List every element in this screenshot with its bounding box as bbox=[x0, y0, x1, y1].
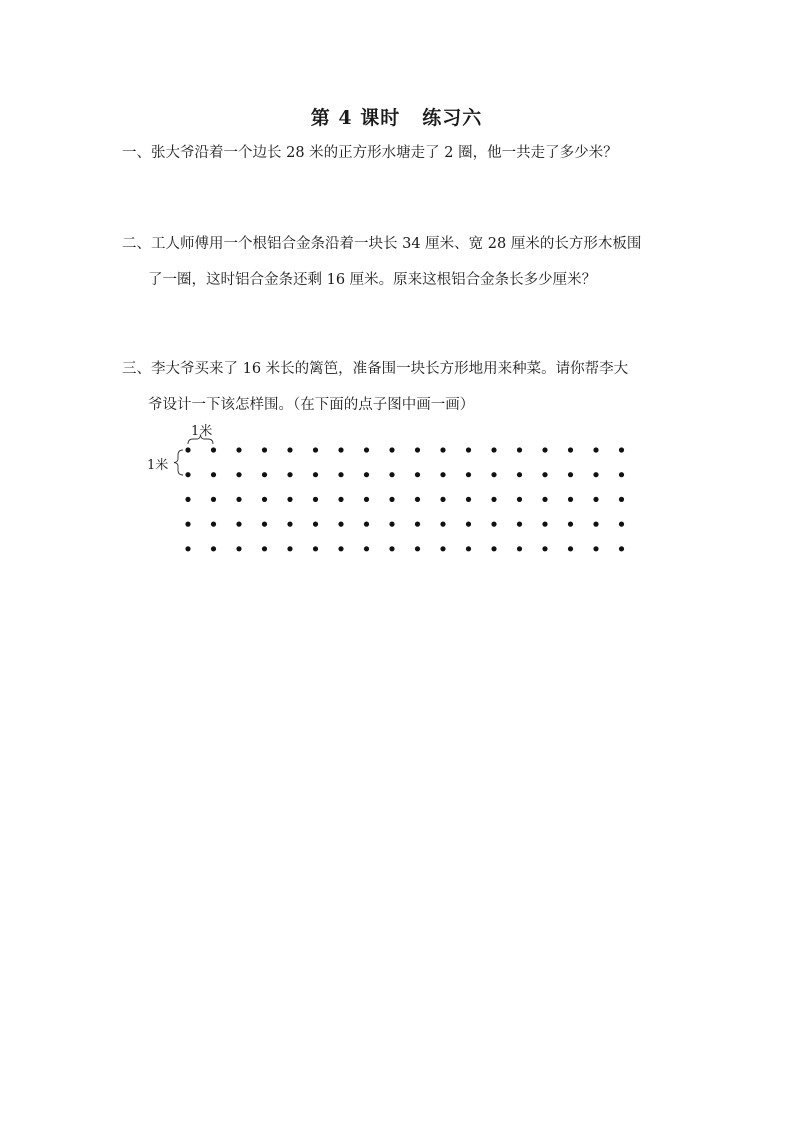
dots bbox=[185, 447, 624, 551]
grid-dot bbox=[619, 472, 624, 477]
grid-dot bbox=[440, 472, 445, 477]
grid-dot bbox=[415, 522, 420, 527]
grid-dot bbox=[313, 497, 318, 502]
grid-dot bbox=[491, 472, 496, 477]
grid-dot bbox=[491, 447, 496, 452]
grid-dot bbox=[593, 497, 598, 502]
grid-dot bbox=[466, 497, 471, 502]
grid-dot bbox=[415, 472, 420, 477]
grid-dot bbox=[185, 497, 190, 502]
dot-grid[interactable] bbox=[0, 0, 793, 1122]
grid-dot bbox=[542, 497, 547, 502]
grid-dot bbox=[491, 546, 496, 551]
grid-dot bbox=[568, 546, 573, 551]
grid-dot bbox=[593, 447, 598, 452]
grid-dot bbox=[389, 447, 394, 452]
grid-dot bbox=[211, 497, 216, 502]
grid-dot bbox=[517, 497, 522, 502]
grid-dot bbox=[236, 472, 241, 477]
grid-dot bbox=[338, 472, 343, 477]
grid-dot bbox=[415, 546, 420, 551]
grid-dot bbox=[313, 522, 318, 527]
grid-dot bbox=[262, 497, 267, 502]
grid-dot bbox=[517, 472, 522, 477]
grid-dot bbox=[389, 497, 394, 502]
grid-dot bbox=[211, 522, 216, 527]
grid-dot bbox=[415, 497, 420, 502]
grid-dot bbox=[619, 497, 624, 502]
grid-dot bbox=[517, 447, 522, 452]
grid-dot bbox=[440, 497, 445, 502]
grid-dot bbox=[568, 472, 573, 477]
grid-dot bbox=[440, 447, 445, 452]
grid-dot bbox=[236, 497, 241, 502]
grid-dot bbox=[211, 447, 216, 452]
grid-dot bbox=[542, 472, 547, 477]
grid-dot bbox=[593, 546, 598, 551]
grid-dot bbox=[415, 447, 420, 452]
grid-dot bbox=[338, 447, 343, 452]
grid-dot bbox=[466, 472, 471, 477]
grid-dot bbox=[185, 472, 190, 477]
grid-dot bbox=[262, 472, 267, 477]
grid-dot bbox=[542, 546, 547, 551]
grid-dot bbox=[542, 447, 547, 452]
grid-dot bbox=[364, 497, 369, 502]
grid-dot bbox=[466, 447, 471, 452]
grid-dot bbox=[491, 497, 496, 502]
grid-dot bbox=[440, 546, 445, 551]
grid-dot bbox=[287, 546, 292, 551]
grid-dot bbox=[517, 546, 522, 551]
grid-dot bbox=[517, 522, 522, 527]
grid-dot bbox=[262, 447, 267, 452]
grid-dot bbox=[287, 522, 292, 527]
grid-dot bbox=[338, 546, 343, 551]
grid-dot bbox=[262, 522, 267, 527]
grid-dot bbox=[185, 447, 190, 452]
grid-dot bbox=[389, 522, 394, 527]
grid-dot bbox=[236, 447, 241, 452]
grid-dot bbox=[619, 546, 624, 551]
grid-dot bbox=[593, 472, 598, 477]
grid-dot bbox=[389, 546, 394, 551]
grid-dot bbox=[211, 472, 216, 477]
grid-dot bbox=[364, 546, 369, 551]
grid-dot bbox=[568, 447, 573, 452]
grid-dot bbox=[364, 522, 369, 527]
grid-dot bbox=[568, 497, 573, 502]
grid-dot bbox=[593, 522, 598, 527]
grid-dot bbox=[440, 522, 445, 527]
grid-dot bbox=[287, 497, 292, 502]
grid-dot bbox=[236, 522, 241, 527]
grid-dot bbox=[287, 447, 292, 452]
vertical-brace-icon bbox=[174, 450, 183, 475]
grid-dot bbox=[338, 522, 343, 527]
grid-dot bbox=[287, 472, 292, 477]
grid-dot bbox=[185, 522, 190, 527]
grid-dot bbox=[466, 546, 471, 551]
horizontal-brace-icon bbox=[188, 435, 213, 444]
grid-dot bbox=[364, 472, 369, 477]
grid-dot bbox=[338, 497, 343, 502]
grid-dot bbox=[313, 447, 318, 452]
grid-dot bbox=[568, 522, 573, 527]
grid-dot bbox=[313, 472, 318, 477]
grid-dot bbox=[211, 546, 216, 551]
grid-dot bbox=[262, 546, 267, 551]
grid-dot bbox=[185, 546, 190, 551]
grid-dot bbox=[236, 546, 241, 551]
grid-dot bbox=[542, 522, 547, 527]
grid-dot bbox=[389, 472, 394, 477]
grid-dot bbox=[364, 447, 369, 452]
grid-dot bbox=[466, 522, 471, 527]
grid-dot bbox=[619, 447, 624, 452]
grid-dot bbox=[491, 522, 496, 527]
grid-dot bbox=[619, 522, 624, 527]
grid-dot bbox=[313, 546, 318, 551]
